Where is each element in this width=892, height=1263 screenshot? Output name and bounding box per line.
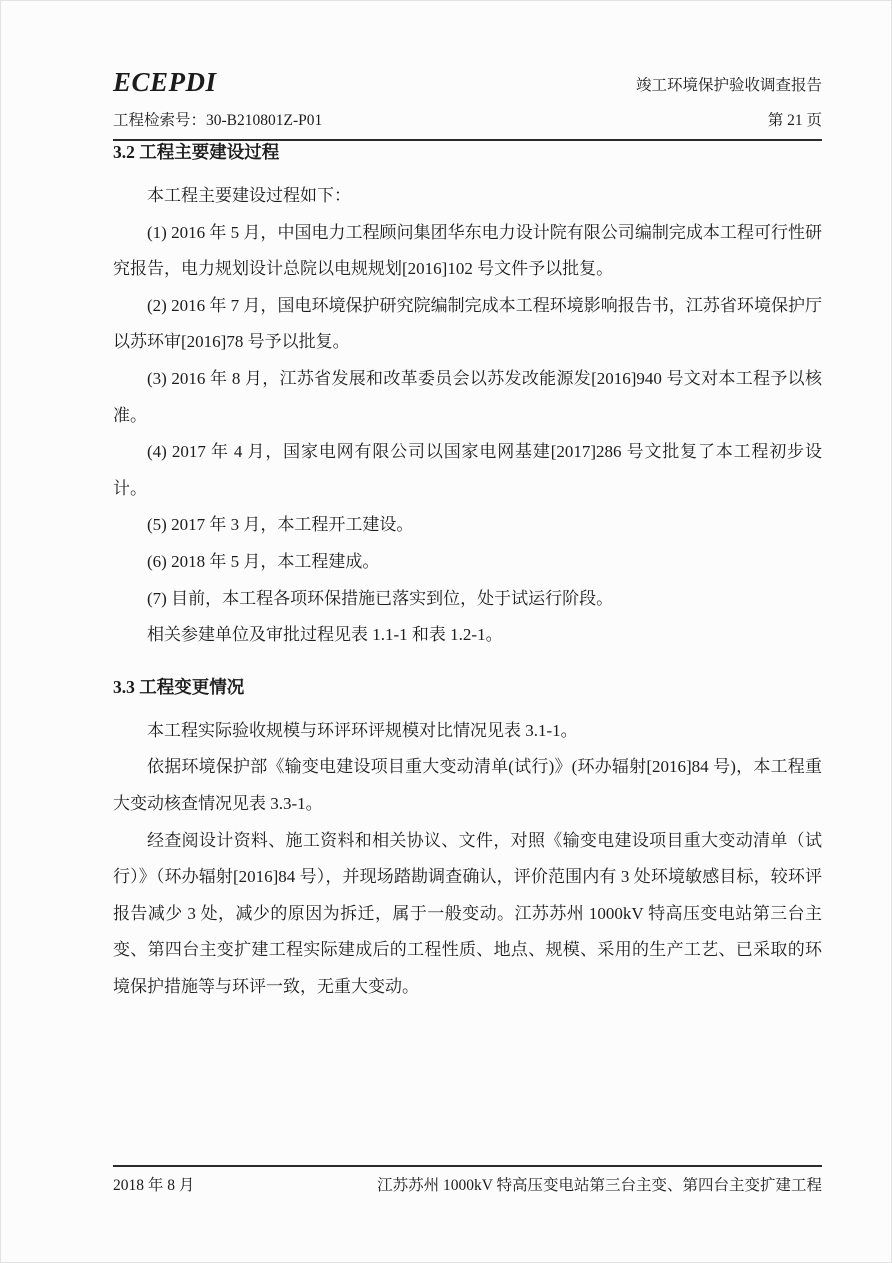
paragraph: (7) 目前，本工程各项环保措施已落实到位，处于试运行阶段。	[113, 581, 822, 618]
footer-date: 2018 年 8 月	[113, 1175, 194, 1197]
section-3-2: 3.2 工程主要建设过程 本工程主要建设过程如下： (1) 2016 年 5 月…	[113, 140, 822, 654]
page-number: 第 21 页	[768, 108, 822, 130]
page-footer: 2018 年 8 月 江苏苏州 1000kV 特高压变电站第三台主变、第四台主变…	[113, 1165, 822, 1197]
paragraph: 经查阅设计资料、施工资料和相关协议、文件，对照《输变电建设项目重大变动清单（试行…	[113, 823, 822, 1006]
section-3-3: 3.3 工程变更情况 本工程实际验收规模与环评环评规模对比情况见表 3.1-1。…	[113, 675, 822, 1006]
report-title: 竣工环境保护验收调查报告	[636, 78, 822, 97]
paragraph: (5) 2017 年 3 月，本工程开工建设。	[113, 507, 822, 544]
document-page: ECEPDI 竣工环境保护验收调查报告 工程检索号：30-B210801Z-P0…	[0, 0, 892, 1263]
paragraph: (3) 2016 年 8 月，江苏省发展和改革委员会以苏发改能源发[2016]9…	[113, 361, 822, 434]
doc-index-number: 工程检索号：30-B210801Z-P01	[113, 108, 322, 130]
paragraph: (1) 2016 年 5 月，中国电力工程顾问集团华东电力设计院有限公司编制完成…	[113, 215, 822, 288]
paragraph: (4) 2017 年 4 月，国家电网有限公司以国家电网基建[2017]286 …	[113, 434, 822, 507]
header-top-row: ECEPDI 竣工环境保护验收调查报告	[113, 0, 822, 96]
paragraph: 本工程实际验收规模与环评环评规模对比情况见表 3.1-1。	[113, 713, 822, 750]
document-body: 3.2 工程主要建设过程 本工程主要建设过程如下： (1) 2016 年 5 月…	[113, 140, 822, 1005]
paragraph: 本工程主要建设过程如下：	[113, 178, 822, 215]
company-logo: ECEPDI	[113, 69, 217, 96]
paragraph: (2) 2016 年 7 月，国电环境保护研究院编制完成本工程环境影响报告书，江…	[113, 288, 822, 361]
page-header: ECEPDI 竣工环境保护验收调查报告 工程检索号：30-B210801Z-P0…	[113, 0, 822, 141]
paragraph: 相关参建单位及审批过程见表 1.1-1 和表 1.2-1。	[113, 617, 822, 654]
paragraph: 依据环境保护部《输变电建设项目重大变动清单(试行)》(环办辐射[2016]84 …	[113, 749, 822, 822]
paragraph: (6) 2018 年 5 月，本工程建成。	[113, 544, 822, 581]
section-3-3-heading: 3.3 工程变更情况	[113, 675, 822, 700]
header-second-row: 工程检索号：30-B210801Z-P01 第 21 页	[113, 96, 822, 139]
footer-divider	[113, 1165, 822, 1167]
footer-project-name: 江苏苏州 1000kV 特高压变电站第三台主变、第四台主变扩建工程	[377, 1175, 822, 1197]
footer-row: 2018 年 8 月 江苏苏州 1000kV 特高压变电站第三台主变、第四台主变…	[113, 1175, 822, 1197]
section-3-2-heading: 3.2 工程主要建设过程	[113, 140, 822, 165]
